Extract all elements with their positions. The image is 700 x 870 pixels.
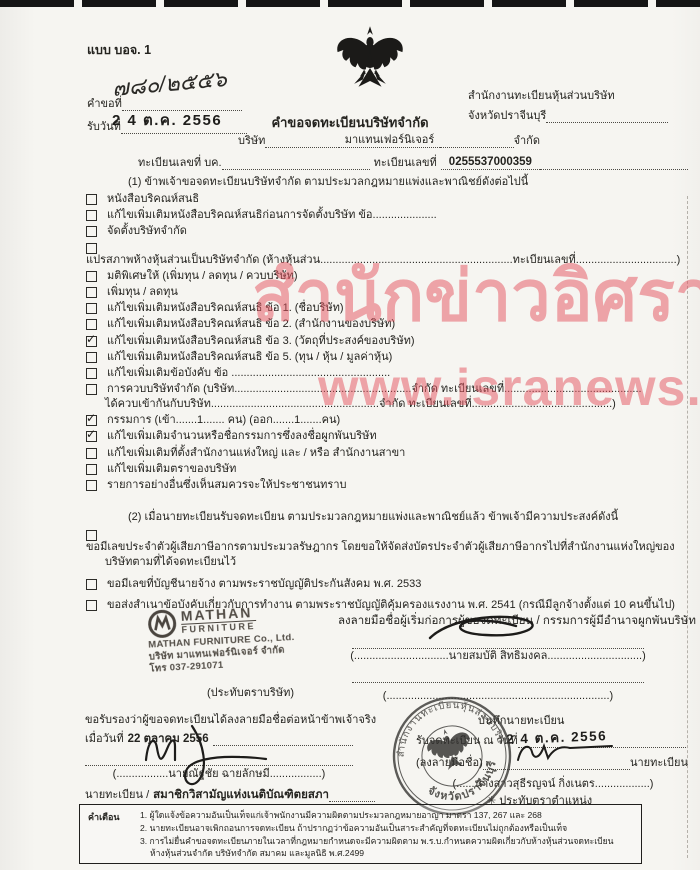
caution-text: 2. นายทะเบียนอาจเพิกถอนการจดทะเบียน ถ้าป… (140, 823, 567, 834)
checkbox-label: แก้ไขเพิ่มเติมหนังสือบริคณห์สนธิ ข้อ 3. … (107, 335, 415, 347)
scanned-form-page: แบบ บอจ. 1 คำขอที่ ๗๘๐/๒๕๕๖ รับวันที่ 2 … (0, 0, 700, 870)
checkbox-row: กรรมการ (เข้า.......1....... คน) (ออก...… (86, 414, 682, 426)
section1-items: หนังสือบริคณห์สนธิ แก้ไขเพิ่มเติมหนังสือ… (86, 193, 682, 495)
checkbox-label: แก้ไขเพิ่มเติมจำนวนหรือชื่อกรรมการซึ่งลง… (107, 430, 377, 442)
checkbox-row: จัดตั้งบริษัทจำกัด (86, 225, 682, 237)
garuda-emblem-icon (334, 26, 406, 110)
form-code: แบบ บอจ. 1 (87, 40, 151, 60)
reg-number: 0255537000359 (441, 156, 540, 170)
certifier-title-prefix: นายทะเบียน / (85, 789, 149, 802)
section1-heading: (1) ข้าพเจ้าขอจดทะเบียนบริษัทจำกัด ตามปร… (128, 176, 528, 189)
reg-label-2: ทะเบียนเลขที่ (374, 157, 437, 170)
dotted-line (329, 791, 375, 802)
checkbox-row: การควบบริษัทจำกัด (บริษัท...............… (86, 383, 682, 410)
certification-date-label: เมื่อวันที่ (85, 733, 124, 746)
checkbox-row: แก้ไขเพิ่มเติมที่ตั้งสำนักงานแห่งใหญ่ แล… (86, 447, 682, 459)
registrar-sign-suffix: นายทะเบียน (630, 757, 688, 770)
dotted-line (440, 137, 513, 148)
caution-row: 1. ผู้ใดแจ้งข้อความอันเป็นเท็จแก่เจ้าพนั… (140, 810, 633, 821)
checkbox-icon (86, 368, 97, 379)
section2-items: ขอมีเลขประจำตัวผู้เสียภาษีอากรตามประมวลร… (86, 529, 686, 621)
office-province-row: จังหวัดปราจีนบุรี (468, 110, 668, 123)
caution-row: 2. นายทะเบียนอาจเพิกถอนการจดทะเบียน ถ้าป… (140, 823, 633, 834)
signature-line-2 (352, 672, 644, 683)
checkbox-label: หนังสือบริคณห์สนธิ (107, 193, 199, 205)
certifier-title-row: นายทะเบียน / สมาชิกวิสามัญแห่งเนติบัณฑิต… (85, 789, 375, 802)
checkbox-row: แก้ไขเพิ่มเติมตราของบริษัท (86, 463, 682, 475)
checkbox-row: รายการอย่างอื่นซึ่งเห็นสมควรจะให้ประชาชน… (86, 479, 682, 491)
checkbox-icon (86, 303, 97, 314)
checkbox-label: แก้ไขเพิ่มเติมหนังสือบริคณห์สนธิก่อนการจ… (107, 209, 437, 221)
checkbox-label: แก้ไขเพิ่มเติมที่ตั้งสำนักงานแห่งใหญ่ แล… (107, 447, 405, 459)
checkbox-label-cont: ได้ควบเข้ากันกับบริษัท..................… (105, 398, 682, 410)
checkbox-row: เพิ่มทุน / ลดทุน (86, 286, 682, 298)
scan-artifact-band (0, 0, 700, 7)
checkbox-icon (86, 352, 97, 363)
checkbox-label: ขอมีเลขที่บัญชีนายจ้าง ตามพระราชบัญญัติป… (107, 578, 421, 590)
caution-text: 3. การไม่ยื่นคำขอจดทะเบียนภายในเวลาที่กฎ… (140, 836, 614, 847)
caution-row: 3. การไม่ยื่นคำขอจดทะเบียนภายในเวลาที่กฎ… (140, 836, 633, 858)
checkbox-label: แก้ไขเพิ่มเติมหนังสือบริคณห์สนธิ ข้อ 5. … (107, 351, 392, 363)
checkbox-label: ขอมีเลขประจำตัวผู้เสียภาษีอากรตามประมวลร… (86, 541, 675, 553)
checkbox-row: แก้ไขเพิ่มเติมหนังสือบริคณห์สนธิ ข้อ 1. … (86, 302, 682, 314)
checkbox-row: แก้ไขเพิ่มเติมหนังสือบริคณห์สนธิ ข้อ 5. … (86, 351, 682, 363)
checkbox-icon (86, 448, 97, 459)
dotted-line (546, 112, 668, 123)
checkbox-row: แก้ไขเพิ่มเติมข้อบังคับ ข้อ ............… (86, 367, 682, 379)
checkbox-row: แปรสภาพห้างหุ้นส่วนเป็นบริษัทจำกัด (ห้าง… (86, 242, 682, 266)
dotted-line (540, 159, 688, 170)
checkbox-label: กรรมการ (เข้า.......1....... คน) (ออก...… (107, 414, 340, 426)
checkbox-icon (86, 194, 97, 205)
checkbox-icon (86, 480, 97, 491)
office-province: จังหวัดปราจีนบุรี (468, 110, 546, 123)
checkbox-icon (86, 600, 97, 611)
registrar-signature-ink (512, 736, 627, 766)
checkbox-row: มติพิเศษให้ (เพิ่มทุน / ลดทุน / ควบบริษั… (86, 270, 682, 282)
company-name: มาแทนเฟอร์นิเจอร์ (339, 134, 441, 148)
signer-name: (...............................นายสมบัต… (348, 650, 648, 663)
page-title: คำขอจดทะเบียนบริษัทจำกัด (228, 112, 472, 133)
checkbox-icon (86, 287, 97, 298)
checkbox-label: แก้ไขเพิ่มเติมตราของบริษัท (107, 463, 236, 475)
caution-text: 1. ผู้ใดแจ้งข้อความอันเป็นเท็จแก่เจ้าพนั… (140, 810, 542, 821)
dotted-line (265, 137, 338, 148)
received-date-stamp: 2 4 ต.ค. 2556 (112, 108, 222, 132)
caution-items: 1. ผู้ใดแจ้งข้อความอันเป็นเท็จแก่เจ้าพนั… (140, 810, 633, 861)
director-signature-ink (424, 610, 544, 648)
caution-label: คำเตือน (88, 810, 130, 861)
checkbox-icon (86, 415, 97, 426)
company-stamp: MATHAN FURNITURE MATHAN FURNITURE Co., L… (146, 598, 364, 675)
office-name: สำนักงานทะเบียนหุ้นส่วนบริษัท (468, 90, 615, 103)
checkbox-icon (86, 530, 97, 541)
caution-text-cont: ห้างหุ้นส่วนจำกัด บริษัทจำกัด สมาคม และม… (150, 848, 633, 859)
reg-label-1: ทะเบียนเลขที่ บค. (138, 157, 222, 170)
checkbox-icon (86, 210, 97, 221)
checkbox-row: ขอมีเลขประจำตัวผู้เสียภาษีอากรตามประมวลร… (86, 529, 686, 568)
checkbox-label: แก้ไขเพิ่มเติมหนังสือบริคณห์สนธิ ข้อ 2. … (107, 318, 395, 330)
company-seal-note: (ประทับตราบริษัท) (178, 687, 323, 700)
checkbox-icon (86, 271, 97, 282)
checkbox-row: ขอมีเลขที่บัญชีนายจ้าง ตามพระราชบัญญัติป… (86, 578, 686, 590)
checkbox-label: แก้ไขเพิ่มเติมหนังสือบริคณห์สนธิ ข้อ 1. … (107, 302, 344, 314)
checkbox-label: แปรสภาพห้างหุ้นส่วนเป็นบริษัทจำกัด (ห้าง… (86, 254, 680, 266)
checkbox-icon (86, 579, 97, 590)
checkbox-row: หนังสือบริคณห์สนธิ (86, 193, 682, 205)
certifier-name: (.................นายณัฐชัย ฉายลักษมี...… (85, 768, 353, 781)
caution-box: คำเตือน 1. ผู้ใดแจ้งข้อความอันเป็นเท็จแก… (79, 804, 642, 864)
checkbox-icon (86, 384, 97, 395)
checkbox-row: แก้ไขเพิ่มเติมหนังสือบริคณห์สนธิ ข้อ 3. … (86, 335, 682, 347)
checkbox-label: รายการอย่างอื่นซึ่งเห็นสมควรจะให้ประชาชน… (107, 479, 347, 491)
company-name-row: บริษัท มาแทนเฟอร์นิเจอร์ จำกัด (238, 134, 540, 148)
checkbox-row: แก้ไขเพิ่มเติมหนังสือบริคณห์สนธิ ข้อ 2. … (86, 318, 682, 330)
checkbox-label: มติพิเศษให้ (เพิ่มทุน / ลดทุน / ควบบริษั… (107, 270, 298, 282)
checkbox-row: แก้ไขเพิ่มเติมหนังสือบริคณห์สนธิก่อนการจ… (86, 209, 682, 221)
checkbox-icon (86, 336, 97, 347)
registration-number-row: ทะเบียนเลขที่ บค. ทะเบียนเลขที่ 02555370… (138, 156, 688, 170)
checkbox-icon (86, 243, 97, 254)
checkbox-label: จัดตั้งบริษัทจำกัด (107, 225, 187, 237)
checkbox-icon (86, 464, 97, 475)
checkbox-label-cont: บริษัทตามที่ได้จดทะเบียนไว้ (105, 556, 686, 568)
section2-heading: (2) เมื่อนายทะเบียนรับจดทะเบียน ตามประมว… (128, 511, 618, 524)
company-prefix: บริษัท (238, 135, 265, 148)
dotted-line (222, 159, 370, 170)
checkbox-row: แก้ไขเพิ่มเติมจำนวนหรือชื่อกรรมการซึ่งลง… (86, 430, 682, 442)
checkbox-label: แก้ไขเพิ่มเติมข้อบังคับ ข้อ ............… (107, 367, 390, 379)
checkbox-label: เพิ่มทุน / ลดทุน (107, 286, 178, 298)
certifier-title: สมาชิกวิสามัญแห่งเนติบัณฑิตยสภา (153, 789, 329, 802)
company-stamp-logo-icon (146, 608, 178, 640)
scan-edge-line (687, 196, 688, 858)
checkbox-icon (86, 319, 97, 330)
checkbox-icon (86, 431, 97, 442)
checkbox-label: การควบบริษัทจำกัด (บริษัท...............… (107, 383, 642, 395)
checkbox-icon (86, 226, 97, 237)
company-suffix: จำกัด (514, 135, 540, 148)
